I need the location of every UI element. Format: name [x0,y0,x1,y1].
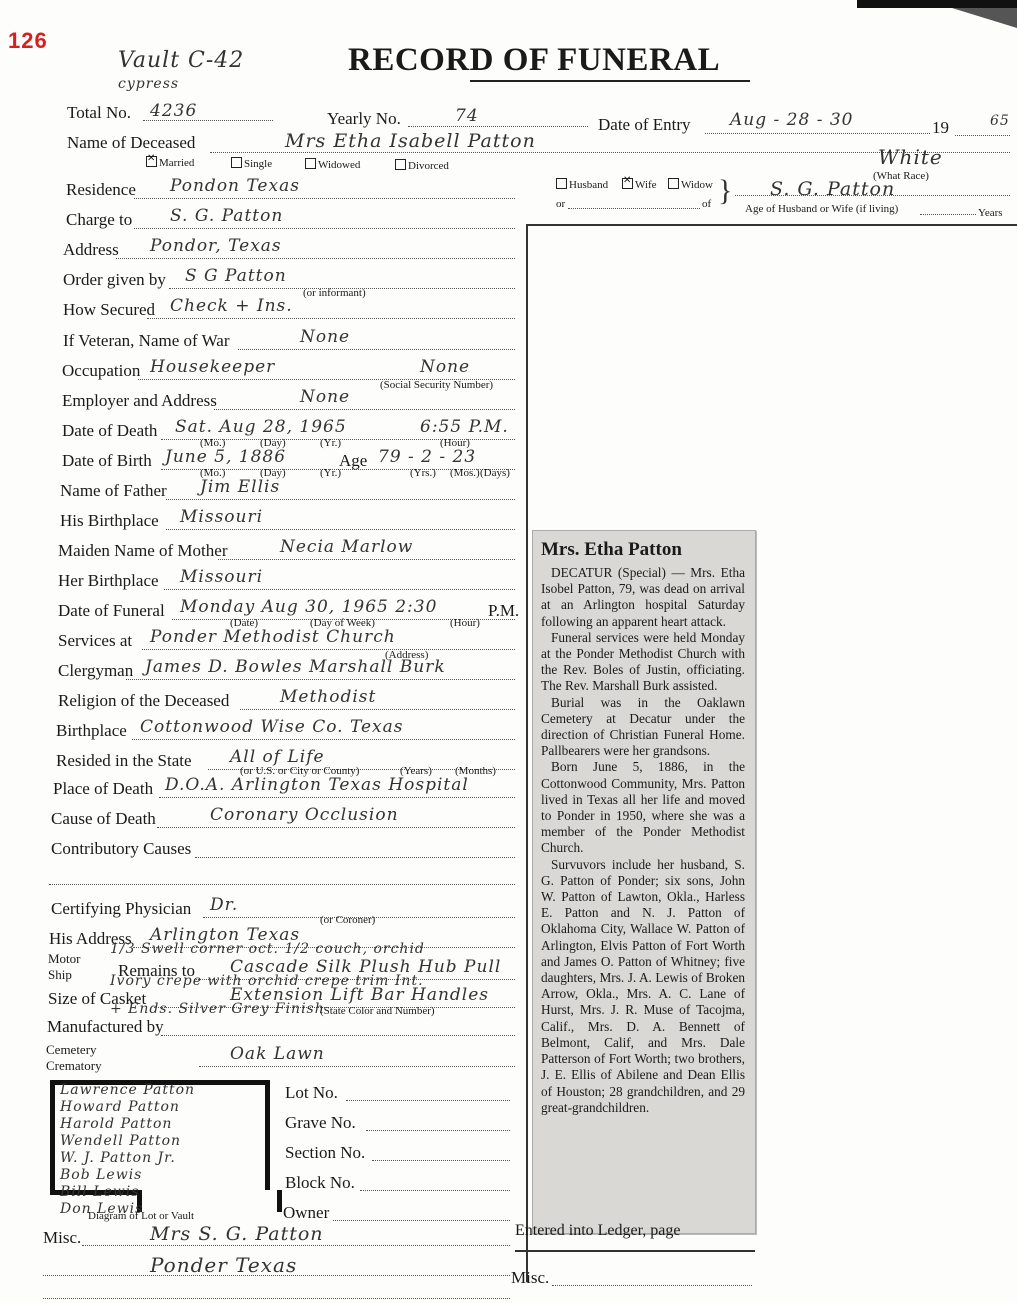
religion-of-the-deceased-value: Methodist [280,687,376,707]
maiden-name-of-mother-value: Necia Marlow [280,537,413,557]
birthplace-label: Birthplace [56,721,127,741]
how-secured-value: Check + Ins. [170,296,293,316]
clipping-paragraph: Funeral services were held Monday at the… [541,630,745,695]
relation-of-label: of [702,198,711,210]
certifying-physician-label: Certifying Physician [51,899,191,919]
misc-label: Misc. [43,1228,81,1248]
cemetery-crematory-line [199,1066,515,1067]
place-of-death-value: D.O.A. Arlington Texas Hospital [165,775,469,795]
maiden-name-of-mother-line [218,559,515,560]
marital-divorced[interactable]: Divorced [395,159,449,172]
page-title: RECORD OF FUNERAL [348,42,720,79]
occupation-label: Occupation [62,361,140,381]
date-of-birth-hint: (Mos.) [450,467,480,479]
date-of-funeral-label: Date of Funeral [58,601,165,621]
total-no-label: Total No. [67,103,131,123]
relation-widow[interactable]: Widow [668,178,713,191]
age-value: 79 - 2 - 23 [378,447,476,467]
her-birthplace-label: Her Birthplace [58,571,159,591]
manufactured-by-label: Manufactured by [47,1017,164,1037]
services-at-value: Ponder Methodist Church [150,627,396,647]
residence-value: Pondon Texas [170,176,300,196]
her-birthplace-line [164,589,515,590]
religion-of-the-deceased-line [240,709,515,710]
residence-line [134,198,515,199]
brace: } [718,176,732,206]
if-veteran-name-of-war-value: None [300,327,350,347]
address-value: Pondor, Texas [150,236,282,256]
page-corner-shadow [857,0,1017,28]
manufactured-by-line [161,1035,515,1036]
total-no-value: 4236 [150,101,197,121]
date-of-funeral-value: Monday Aug 30, 1965 2:30 [180,597,437,617]
yearly-no-label: Yearly No. [327,109,401,129]
spouse-age-unit: Years [978,207,1003,219]
grave-no-label: Grave No. [285,1113,356,1133]
clipping-headline: Mrs. Etha Patton [533,531,755,561]
his-birthplace-label: His Birthplace [60,511,159,531]
resided-in-the-state-value: All of Life [230,747,325,767]
clipping-paragraph: Born June 5, 1886, in the Cottonwood Com… [541,759,745,856]
his-birthplace-value: Missouri [180,507,263,527]
single-checkbox[interactable] [231,157,242,168]
marital-single[interactable]: Single [231,157,272,170]
date-of-birth-hint: (Days) [480,467,510,479]
misc-line-1: Mrs S. G. Patton [150,1223,324,1245]
resided-in-the-state-label: Resided in the State [56,751,192,771]
age-label: Age [339,451,367,471]
date-of-death-label: Date of Death [62,421,157,441]
employer-and-address-hint: (Social Security Number) [380,379,493,391]
birthplace-value: Cottonwood Wise Co. Texas [140,717,403,737]
frame-divider [526,224,528,1282]
relation-or-label: or [556,198,565,210]
date-of-birth-value: June 5, 1886 [165,447,286,467]
manufactured-by-hint: (State Color and Number) [320,1005,435,1017]
marital-widowed[interactable]: Widowed [305,158,360,171]
contributory-causes-label: Contributory Causes [51,839,191,859]
page-number: 126 [8,28,48,54]
married-checkbox[interactable] [146,156,157,167]
date-of-funeral-hint: (Hour) [450,617,480,629]
how-secured-label: How Secured [63,300,155,320]
occupation-extra: None [420,357,470,377]
clipping-paragraph: DECATUR (Special) — Mrs. Etha Isobel Pat… [541,565,745,630]
yearly-no-value: 74 [455,106,479,126]
clergyman-hint: (Address) [385,649,428,661]
her-birthplace-value: Missouri [180,567,263,587]
relation-husband[interactable]: Husband [556,178,608,191]
section-no-label: Section No. [285,1143,365,1163]
spouse-value: S. G. Patton [770,178,895,200]
cemetery-crematory-prefix: Cemetery [46,1042,97,1058]
date-of-birth-hint: (Yrs.) [410,467,436,479]
title-underline [470,80,750,82]
charge-to-line [134,228,515,229]
charge-to-label: Charge to [66,210,132,230]
date-of-death-hint: (Yr.) [320,437,341,449]
remains-to-prefix: Ship [48,967,72,983]
clergyman-line [126,679,515,680]
occupation-value: Housekeeper [150,357,275,377]
diagram-label: Diagram of Lot or Vault [88,1210,194,1222]
employer-and-address-value: None [300,387,350,407]
contributory-causes-line [195,857,515,858]
religion-of-the-deceased-label: Religion of the Deceased [58,691,229,711]
cause-of-death-value: Coronary Occlusion [210,805,399,825]
cause-of-death-label: Cause of Death [51,809,156,829]
pallbearers-list: Lawrence Patton Howard Patton Harold Pat… [60,1082,195,1218]
misc-line-2: Ponder Texas [150,1253,297,1277]
place-of-death-line [159,797,515,798]
name-of-deceased-value: Mrs Etha Isabell Patton [285,130,536,152]
ledger-label: Entered into Ledger, page [515,1222,681,1240]
lot-no-label: Lot No. [285,1083,338,1103]
widow-checkbox[interactable] [668,178,679,189]
date-of-birth-hint: (Yr.) [320,467,341,479]
relation-wife[interactable]: Wife [622,178,657,191]
year-prefix: 19 [932,118,949,138]
employer-and-address-label: Employer and Address [62,391,217,411]
if-veteran-name-of-war-label: If Veteran, Name of War [63,331,230,351]
date-of-birth-label: Date of Birth [62,451,152,471]
maiden-name-of-mother-label: Maiden Name of Mother [58,541,227,561]
marital-married[interactable]: Married [146,156,194,169]
year-suffix: 65 [990,113,1010,129]
name-of-father-label: Name of Father [60,481,167,501]
name-of-father-line [166,499,515,500]
divorced-checkbox[interactable] [395,159,406,170]
casket-note: + Ends. Silver Grey Finish [110,1001,325,1017]
date-of-death-extra: 6:55 P.M. [420,417,509,437]
order-given-by-label: Order given by [63,270,166,290]
place-of-death-label: Place of Death [53,779,153,799]
clergyman-label: Clergyman [58,661,133,681]
vault-annotation: Vault C-42 [118,48,244,73]
widowed-checkbox[interactable] [305,158,316,169]
frame-top-rule [527,224,1017,226]
casket-note: 1/3 Swell corner oct. 1/2 couch, orchid [110,941,425,957]
misc-right-label: Misc. [511,1268,549,1288]
date-of-entry-value: Aug - 28 - 30 [730,110,853,130]
cause-of-death-line [157,827,515,828]
how-secured-line [147,318,515,319]
how-secured-hint: (or informant) [303,287,366,299]
wife-checkbox[interactable] [622,178,633,189]
certifying-physician-hint: (or Coroner) [320,914,375,926]
address-line [116,258,515,259]
clipping-paragraph: Burial was in the Oaklawn Cemetery at De… [541,695,745,760]
birthplace-line [132,739,515,740]
charge-to-value: S. G. Patton [170,206,283,226]
services-at-line [142,649,515,650]
cemetery-crematory-prefix: Crematory [46,1058,102,1074]
husband-checkbox[interactable] [556,178,567,189]
owner-label: Owner [283,1203,329,1223]
name-of-father-value: Jim Ellis [200,477,280,497]
clipping-paragraph: Survuvors include her husband, S. G. Pat… [541,857,745,1116]
certifying-physician-value: Dr. [210,895,238,915]
services-at-label: Services at [58,631,132,651]
order-given-by-value: S G Patton [185,266,287,286]
remains-to-prefix: Motor [48,951,81,967]
name-of-deceased-label: Name of Deceased [67,133,195,153]
spouse-age-label: Age of Husband or Wife (if living) [745,203,898,215]
block-no-label: Block No. [285,1173,355,1193]
date-of-death-value: Sat. Aug 28, 1965 [175,417,347,437]
date-of-entry-label: Date of Entry [598,115,691,135]
address-label: Address [63,240,119,260]
if-veteran-name-of-war-line [238,349,515,350]
cemetery-crematory-value: Oak Lawn [230,1044,325,1064]
residence-label: Residence [66,180,136,200]
contributory-causes-line-2 [49,884,515,885]
date-of-funeral-extra: P.M. [488,601,519,621]
his-birthplace-line [166,529,515,530]
newspaper-clipping: Mrs. Etha Patton DECATUR (Special) — Mrs… [532,530,756,1234]
employer-and-address-line [214,409,515,410]
vault-material: cypress [118,76,179,92]
ledger-rule [515,1250,755,1252]
race-value: White [878,145,943,169]
